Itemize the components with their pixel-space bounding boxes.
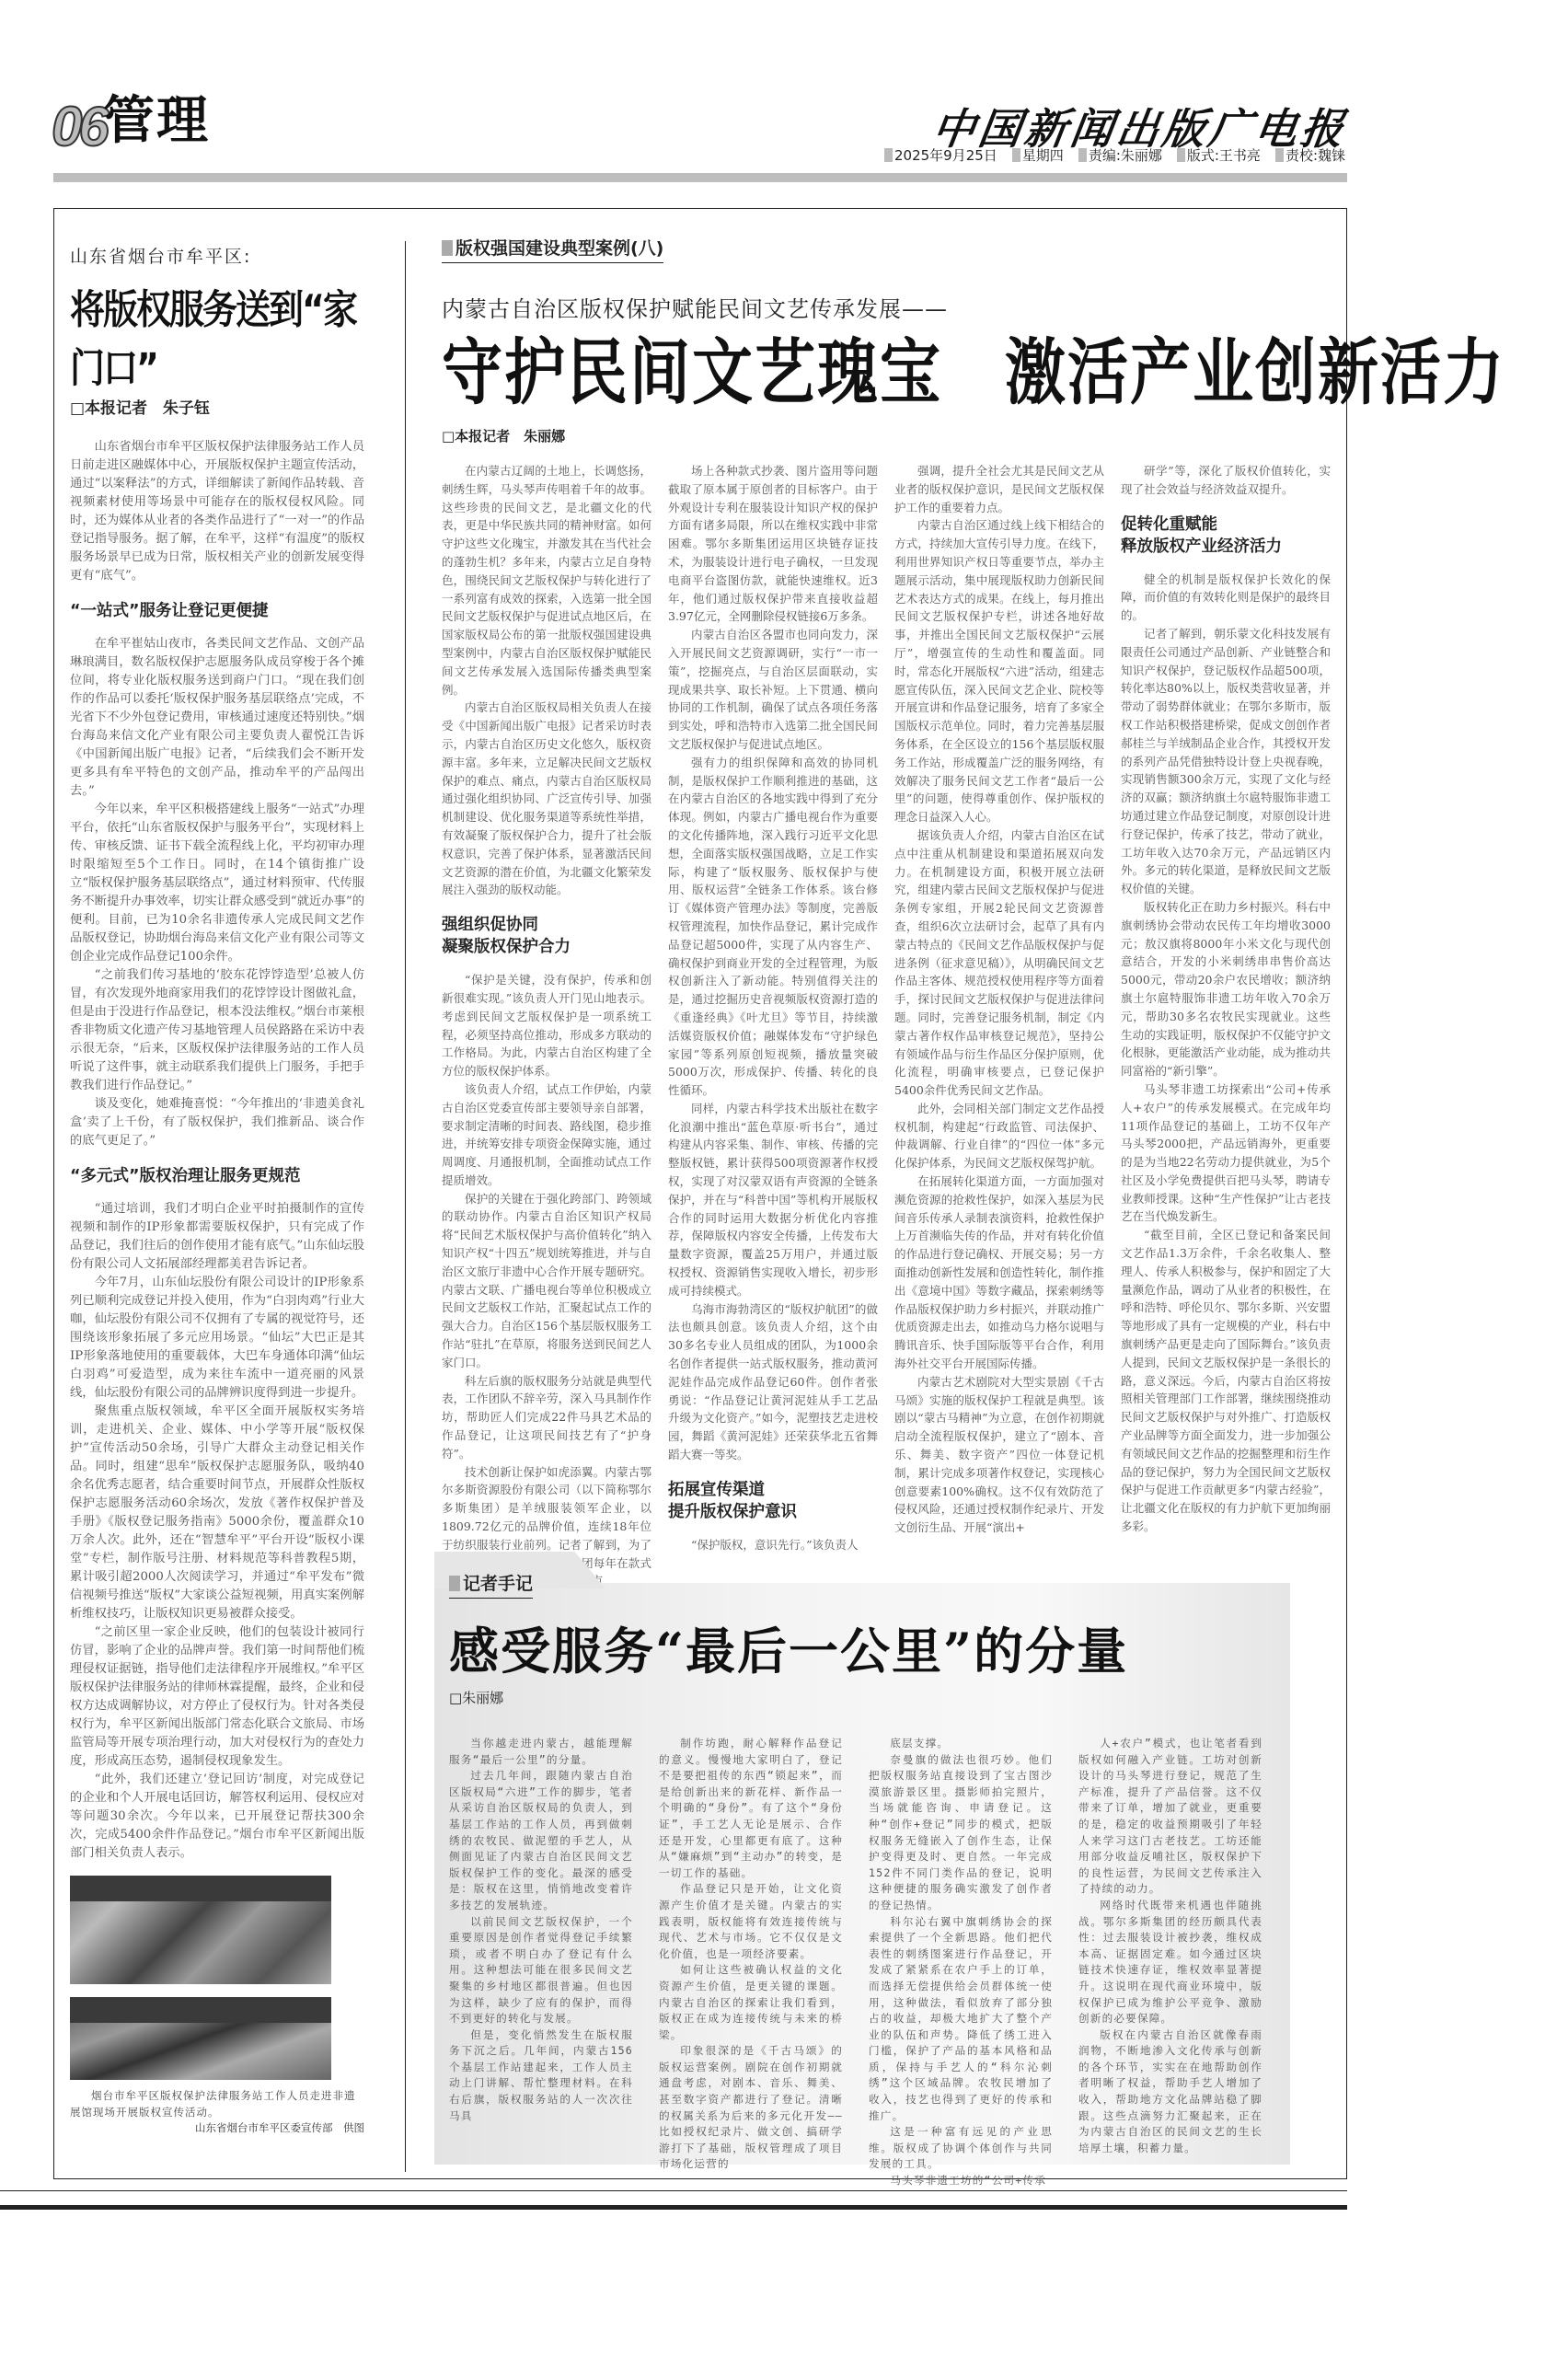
page-number: 06 — [52, 99, 106, 155]
bullet-square-icon — [1275, 148, 1284, 162]
main-columns: 在内蒙古辽阔的土地上，长调悠扬，刺绣生辉，马头琴声传唱着千年的故事。这些珍贵的民… — [442, 462, 1331, 1590]
paragraph: 强有力的组织保障和高效的协同机制，是版权保护工作顺利推进的基础，这在内蒙古自治区… — [668, 754, 878, 1100]
issue-weekday: 星期四 — [1012, 145, 1064, 165]
paragraph: 这是一种富有远见的产业思维。版权成了协调个体创作与共同发展的工具。 — [869, 2124, 1053, 2173]
paragraph: “保护版权，意识先行。”该负责人 — [668, 1536, 878, 1554]
editor-credit: 责编:朱丽娜 — [1078, 145, 1162, 165]
main-column-3: 强调，提升全社会尤其是民间文艺从业者的版权保护意识，是民间文艺版权保护工作的重要… — [894, 462, 1104, 1590]
paragraph: 谈及变化，她难掩喜悦：“今年推出的‘非遗美食礼盒’卖了上千份，有了版权保护，我们… — [70, 1095, 364, 1150]
paragraph: 科左后旗的版权服务分站就是典型代表，工作团队不辞辛劳，深入马具制作作坊，帮助匠人… — [442, 1372, 651, 1463]
paragraph: 保护的关键在于强化跨部门、跨领域的联动协作。内蒙古自治区知识产权局将“民间艺术版… — [442, 1190, 651, 1372]
paragraph: 今年以来，牟平区积极搭建线上服务“一站式”办理平台，依托“山东省版权保护与服务平… — [70, 801, 364, 966]
paragraph: 印象很深的是《千古马颂》的版权运营案例。剧院在创作初期就通盘考虑，对剧本、音乐、… — [659, 2043, 843, 2173]
sidebar-headline: 将版权服务送到“家门口” — [70, 277, 364, 394]
notes-byline: □朱丽娜 — [449, 1688, 503, 1707]
main-column-2: 场上各种款式抄袭、图片盗用等问题截取了原本属于原创者的目标客户。由于外观设计专利… — [668, 462, 878, 1590]
main-article: 版权强国建设典型案例(八) 内蒙古自治区版权保护赋能民间文艺传承发展—— 守护民… — [442, 235, 1331, 1590]
news-photo-lower — [70, 1997, 331, 2080]
main-column-4: 研学”等，深化了版权价值转化，实现了社会效益与经济效益双提升。 促转化重赋能 释… — [1121, 462, 1331, 1590]
paragraph: 健全的机制是版权保护长效化的保障，而价值的有效转化则是保护的最终目的。 — [1121, 571, 1331, 625]
paragraph: 内蒙古自治区通过线上线下相结合的方式，持续加大宣传引导力度。在线下，利用世界知识… — [894, 516, 1104, 826]
paragraph: 版权转化正在助力乡村振兴。科右中旗刺绣协会带动农民传工年均增收3000元；敖汉旗… — [1121, 898, 1331, 1080]
layout-credit: 版式:王书亮 — [1177, 145, 1261, 165]
paragraph: 此外，会同相关部门制定文艺作品授权机制，构建起“行政监管、司法保护、仲裁调解、行… — [894, 1100, 1104, 1172]
paragraph: 在拓展转化渠道方面，一方面加强对濒危资源的抢救性保护，如深入基层为民间音乐传承人… — [894, 1172, 1104, 1373]
issue-date: 2025年9月25日 — [884, 145, 997, 165]
paragraph: 网络时代既带来机遇也伴随挑战。鄂尔多斯集团的经历颇具代表性：过去服装设计被抄袭，… — [1078, 1898, 1262, 2027]
bullet-square-icon — [1012, 148, 1020, 162]
news-photo — [70, 1876, 331, 1984]
paragraph: 今年7月，山东仙坛股份有限公司设计的IP形象系列已顺利完成登记并投入使用，作为“… — [70, 1274, 364, 1403]
paragraph: 马头琴非遗工坊探索出“公司+传承人+农户”的传承发展模式。在完成年均11项作品登… — [1121, 1080, 1331, 1226]
notes-headline: 感受服务“最后一公里”的分量 — [449, 1612, 1128, 1683]
paragraph: 作品登记只是开始，让文化资源产生价值才是关键。内蒙古的实践表明，版权能将有效连接… — [659, 1881, 843, 1962]
paragraph: 人+农户”模式，也让笔者看到版权如何融入产业链。工坊对创新设计的马头琴进行登记，… — [1078, 1736, 1262, 1898]
main-headline: 守护民间文艺瑰宝 激活产业创新活力 — [442, 334, 1331, 412]
sidebar-subhead-1: “一站式”服务让登记更便捷 — [70, 600, 364, 622]
paragraph: 聚焦重点版权领域，牟平区全面开展版权实务培训，走进机关、企业、媒体、中小学等开展… — [70, 1403, 364, 1623]
sidebar-section-2: “通过培训，我们才明白企业平时拍摄制作的宣传视频和制作的IP形象都需要版权保护，… — [70, 1200, 364, 1863]
sidebar-subhead-2: “多元式”版权治理让服务更规范 — [70, 1165, 364, 1187]
reporter-notes-box: 记者手记 感受服务“最后一公里”的分量 □朱丽娜 当你越走进内蒙古，越能理解服务… — [434, 1583, 1290, 2165]
paragraph: 当你越走进内蒙古，越能理解服务“最后一公里”的分量。 — [449, 1736, 633, 1768]
paragraph: 科尔沁右翼中旗刺绣协会的探索提供了一个全新思路。他们把代表性的刺绣图案进行作品登… — [869, 1914, 1053, 2125]
paragraph: 场上各种款式抄袭、图片盗用等问题截取了原本属于原创者的目标客户。由于外观设计专利… — [668, 462, 878, 626]
paragraph: “保护是关键，没有保护，传承和创新很难实现。”该负责人开门见山地表示。考虑到民间… — [442, 971, 651, 1080]
main-column-1: 在内蒙古辽阔的土地上，长调悠扬，刺绣生辉，马头琴声传唱着千年的故事。这些珍贵的民… — [442, 462, 651, 1590]
main-subhead-2: 拓展宣传渠道 提升版权保护意识 — [668, 1479, 878, 1523]
paragraph: 如何让这些被确认权益的文化资源产生价值，是更关键的课题。内蒙古自治区的探索让我们… — [659, 1962, 843, 2043]
notes-column-3: 底层支撑。 奈曼旗的做法也很巧妙。他们把版权服务站直接设到了宝古图沙漠旅游景区里… — [869, 1736, 1053, 2189]
paragraph: 奈曼旗的做法也很巧妙。他们把版权服务站直接设到了宝古图沙漠旅游景区里。摄影师拍完… — [869, 1752, 1053, 1914]
paragraph: 但是，变化悄然发生在版权服务下沉之后。几年间，内蒙古156个基层工作站建起来，工… — [449, 2027, 633, 2125]
bullet-square-icon — [1177, 148, 1185, 162]
paragraph: “截至目前，全区已登记和备案民间文艺作品1.3万余件，千余名收集人、整理人、传承… — [1121, 1226, 1331, 1536]
paragraph: 记者了解到，朝乐蒙文化科技发展有限责任公司通过产品创新、产业链整合和知识产权保护… — [1121, 625, 1331, 898]
sidebar-byline: □本报记者 朱子钰 — [70, 395, 364, 418]
section-title: 管理 — [103, 96, 210, 147]
paragraph: 该负责人介绍，试点工作伊始，内蒙古自治区党委宣传部主要领导亲自部署，要求制定清晰… — [442, 1080, 651, 1190]
paragraph: 强调，提升全社会尤其是民间文艺从业者的版权保护意识，是民间文艺版权保护工作的重要… — [894, 462, 1104, 516]
bullet-square-icon — [449, 1576, 460, 1591]
paragraph: 内蒙古自治区各盟市也同向发力，深入开展民间文艺资源调研，实行“一市一策”，挖掘亮… — [668, 626, 878, 754]
bullet-square-icon — [884, 148, 893, 162]
paragraph: “之前区里一家企业反映，他们的包装设计被同行仿冒，影响了企业的品牌声誉。我们第一… — [70, 1623, 364, 1771]
bottom-rule-thick — [0, 2205, 1347, 2210]
paragraph: “通过培训，我们才明白企业平时拍摄制作的宣传视频和制作的IP形象都需要版权保护，… — [70, 1200, 364, 1274]
sidebar-divider-lower — [405, 1594, 406, 2172]
issue-meta-bar: 2025年9月25日 星期四 责编:朱丽娜 版式:王书亮 责校:魏铼 — [884, 145, 1345, 165]
paragraph: “此外，我们还建立‘登记回访’制度，对完成登记的企业和个人开展电话回访，解答权利… — [70, 1771, 364, 1863]
paragraph: 内蒙古自治区版权局相关负责人在接受《中国新闻出版广电报》记者采访时表示，内蒙古自… — [442, 699, 651, 899]
paragraph: 内蒙古艺术剧院对大型实景剧《千古马颂》实施的版权保护工程就是典型。该剧以“蒙古马… — [894, 1373, 1104, 1537]
bullet-square-icon — [442, 240, 453, 256]
main-subhead-3: 促转化重赋能 释放版权产业经济活力 — [1121, 514, 1331, 558]
bottom-rule — [0, 2190, 1347, 2191]
main-subhead-1: 强组织促协同 凝聚版权保护合力 — [442, 914, 651, 958]
photo-credit: 山东省烟台市牟平区委宣传部 供图 — [70, 2120, 364, 2135]
notes-tag: 记者手记 — [449, 1570, 533, 1599]
sidebar-article: 山东省烟台市牟平区: 将版权服务送到“家门口” □本报记者 朱子钰 山东省烟台市… — [70, 221, 364, 2135]
paragraph: 马头琴非遗工坊的“公司+传承 — [869, 2173, 1053, 2189]
series-tag: 版权强国建设典型案例(八) — [442, 235, 663, 263]
notes-column-2: 制作坊跑，耐心解释作品登记的意义。慢慢地大家明白了，登记不是要把祖传的东西“锁起… — [659, 1736, 843, 2189]
paragraph: 过去几年间，跟随内蒙古自治区版权局“六进”工作的脚步，笔者从采访自治区版权局的负… — [449, 1768, 633, 1913]
paragraph: 同样，内蒙古科学技术出版社在数字化浪潮中推出“蓝色草原·听书台”，通过构建从内容… — [668, 1100, 878, 1300]
photo-caption: 烟台市牟平区版权保护法律服务站工作人员走进非遗展馆现场开展版权宣传活动。 — [70, 2087, 364, 2120]
paragraph: “之前我们传习基地的‘胶东花饽饽造型’总被人仿冒，有次发现外地商家用我们的花饽饽… — [70, 966, 364, 1095]
main-kicker: 内蒙古自治区版权保护赋能民间文艺传承发展—— — [442, 291, 1331, 323]
paragraph: 底层支撑。 — [869, 1736, 1053, 1752]
main-byline: □本报记者 朱丽娜 — [442, 426, 1331, 445]
notes-column-4: 人+农户”模式，也让笔者看到版权如何融入产业链。工坊对创新设计的马头琴进行登记，… — [1078, 1736, 1262, 2189]
paragraph: 研学”等，深化了版权价值转化，实现了社会效益与经济效益双提升。 — [1121, 462, 1331, 499]
paragraph: 以前民间文艺版权保护，一个重要原因是创作者觉得登记手续繁琐，或者不明白办了登记有… — [449, 1914, 633, 2027]
paragraph: 制作坊跑，耐心解释作品登记的意义。慢慢地大家明白了，登记不是要把祖传的东西“锁起… — [659, 1736, 843, 1881]
paragraph: 在牟平崔姑山夜市，各类民间文艺作品、文创产品琳琅满目，数名版权保护志愿服务队成员… — [70, 635, 364, 801]
paragraph: 据该负责人介绍，内蒙古自治区在试点中注重从机制建设和渠道拓展双向发力。在机制建设… — [894, 826, 1104, 1100]
paragraph: 版权在内蒙古自治区就像春雨润物，不断地渗入文化传承与创新的各个环节，实实在在地帮… — [1078, 2027, 1262, 2157]
proofreader-credit: 责校:魏铼 — [1275, 145, 1345, 165]
bullet-square-icon — [1078, 148, 1087, 162]
paragraph: 在内蒙古辽阔的土地上，长调悠扬，刺绣生辉，马头琴声传唱着千年的故事。这些珍贵的民… — [442, 462, 651, 699]
sidebar-divider — [405, 241, 406, 1594]
paragraph: 乌海市海勃湾区的“版权护航团”的做法也颇具创意。该负责人介绍，这个由30多名专业… — [668, 1300, 878, 1464]
notes-column-1: 当你越走进内蒙古，越能理解服务“最后一公里”的分量。 过去几年间，跟随内蒙古自治… — [449, 1736, 633, 2189]
masthead-rule — [53, 173, 1347, 182]
sidebar-lede: 山东省烟台市牟平区版权保护法律服务站工作人员日前走进区融媒体中心，开展版权保护主… — [70, 438, 364, 585]
notes-columns: 当你越走进内蒙古，越能理解服务“最后一公里”的分量。 过去几年间，跟随内蒙古自治… — [449, 1736, 1262, 2189]
sidebar-section-1: 在牟平崔姑山夜市，各类民间文艺作品、文创产品琳琅满目，数名版权保护志愿服务队成员… — [70, 635, 364, 1150]
sidebar-kicker: 山东省烟台市牟平区: — [70, 243, 364, 268]
